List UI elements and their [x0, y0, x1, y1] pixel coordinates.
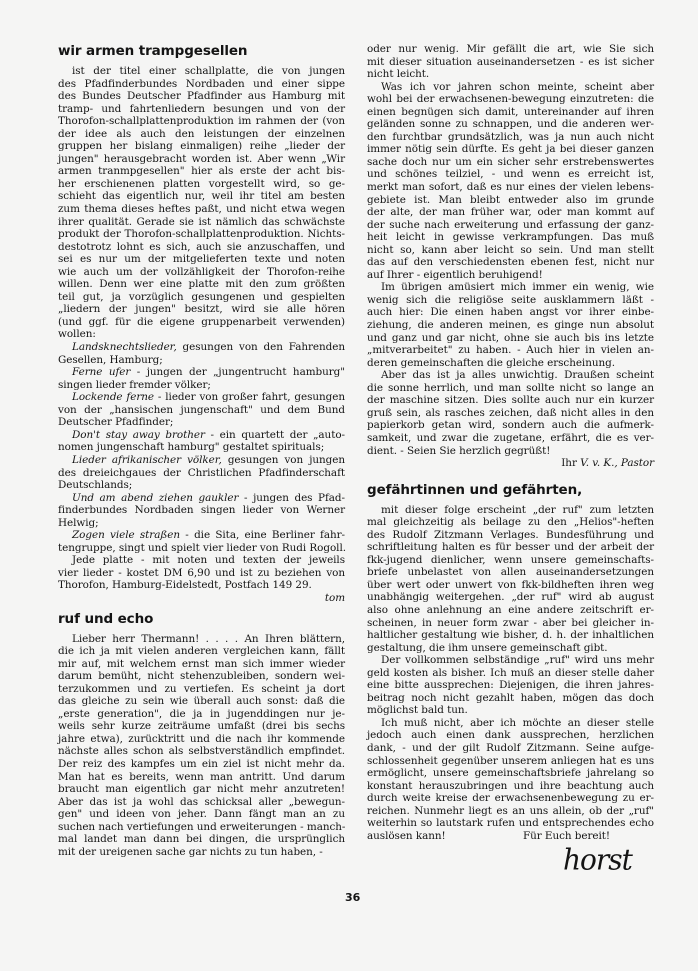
text-line: der idee als auch den leistungen der ein… [58, 128, 345, 141]
text-line: her erschienenen platten vorgestellt wir… [58, 178, 345, 191]
text-line: samkeit, und zwar die zugetane, erfährt,… [367, 432, 654, 445]
text-line: des Pfadfinderbundes Nordbaden und einer… [58, 78, 345, 91]
text-line: Der reiz des kampfes um ein ziel ist nic… [58, 758, 345, 771]
text-line: mit der ureigenen sache gar nichts zu tu… [58, 846, 345, 859]
text-line: dient. - Seien Sie herzlich gegrüßt! [367, 445, 654, 458]
text-line: unabhängig weitergehen. „der ruf" wird a… [367, 591, 654, 604]
text-line: sache doch nur um ein sicher sehr erstre… [367, 156, 654, 169]
text-line: Thorofon, Hamburg-Eidelstedt, Postfach 1… [58, 579, 345, 592]
text-line: nicht so, kann aber leicht so sein. Und … [367, 244, 654, 257]
text-line: über wert oder unwert von fkk-bildheften… [367, 579, 654, 592]
text-line: ihrer qualität. Gerade sie ist nämlich d… [58, 216, 345, 229]
text-line: beitrag noch nicht gezahlt haben, mögen … [367, 692, 654, 705]
text-line: mal gleichzeitig als beilage zu den „Hel… [367, 516, 654, 529]
text-line: Thorofon-schallplattenproduktion im rahm… [58, 115, 345, 128]
text-line: suchen nach vertiefungen und erweiterung… [58, 821, 345, 834]
text-line: vier lieder - kostet DM 6,90 und ist zu … [58, 567, 345, 580]
text-line: Ferne ufer - jungen der „jungentrucht ha… [58, 366, 345, 379]
text-line: Gesellen, Hamburg; [58, 354, 345, 367]
heading-gefaehrtinnen-und-gefaehrten: gefährtinnen und gefährten, [367, 482, 654, 499]
text-line: „liedern der jungen" besitzt, wird sie a… [58, 303, 345, 316]
text-line: reichen. Nunmehr liegt es an uns allein,… [367, 805, 654, 818]
text-line: produkt der Thorofon-schallplattenproduk… [58, 228, 345, 241]
text-line: fkk-jugend dienlicher, wenn unsere gemei… [367, 554, 654, 567]
text-line: Im übrigen amüsiert mich immer ein wenig… [367, 281, 654, 294]
text-line: jungen" herausgebracht worden ist. Aber … [58, 153, 345, 166]
text-line: das gleiche zu sein wie überall auch son… [58, 695, 345, 708]
price-info: Jede platte - mit noten und texten der j… [58, 554, 345, 592]
text-line: nicht leicht. [367, 68, 654, 81]
text-line: wohl bei der erwachsenen-bewegung einzut… [367, 93, 654, 106]
text-line: gruß sein, als rasches zeichen, daß nich… [367, 407, 654, 420]
text-line: des Bundes Deutscher Pfadfinder aus Hamb… [58, 90, 345, 103]
text-line: jedoch auch einen dank aussprechen, herz… [367, 729, 654, 742]
letter-signoff: Ihr V. v. K., Pastor [367, 457, 654, 470]
article-gefaehrten: mit dieser folge erscheint „der ruf" zum… [367, 504, 654, 830]
text-line: dank, - und der gilt Rudolf Zitzmann. Se… [367, 742, 654, 755]
text-line: Lockende ferne - lieder von großer fahrt… [58, 391, 345, 404]
text-line: jahre etwa), zurücktritt und die nach ih… [58, 733, 345, 746]
closing-line: auslösen kann! Für Euch bereit! [367, 830, 654, 843]
text-line: tengruppe, singt und spielt vier lieder … [58, 542, 345, 555]
text-line: gruppen her bislang einmaligen) reihe „l… [58, 140, 345, 153]
closing-right: Für Euch bereit! [523, 830, 654, 843]
text-line: armen tranmpgesellen" hier als erste der… [58, 165, 345, 178]
text-line: die sonne herrlich, und man sollte nicht… [367, 382, 654, 395]
author-tom: tom [58, 592, 345, 605]
text-line: Deutschlands; [58, 479, 345, 492]
text-line: ziehung, die anderen meinen, es ginge nu… [367, 319, 654, 332]
text-line: wenig sich die religiöse seite ausklamme… [367, 294, 654, 307]
text-line: der suche nach erweiterung und erfassung… [367, 219, 654, 232]
text-line: finderbundes Nordbaden singen lieder von… [58, 504, 345, 517]
text-line: merkt man sofort, daß es nur eines der v… [367, 181, 654, 194]
text-line: immer nötig sein dürfte. Es geht ja bei … [367, 143, 654, 156]
heading-wir-armen-trampgesellen: wir armen trampgesellen [58, 43, 345, 60]
text-line: und ganz und gar nicht, ohne sie auch bi… [367, 332, 654, 345]
text-line: (und ggf. für die eigene gruppenarbeit v… [58, 316, 345, 329]
text-line: Aber das ist ja alles unwichtig. Draußen… [367, 369, 654, 382]
right-column: oder nur wenig. Mir gefällt die art, wie… [367, 43, 654, 842]
text-line: mit dieser folge erscheint „der ruf" zum… [367, 504, 654, 517]
text-line: auf Ihrer - eigentlich beruhigend! [367, 269, 654, 282]
text-line: schlossenheit gegenüber unserem anliegen… [367, 755, 654, 768]
text-line: wollen: [58, 328, 345, 341]
handwritten-signature: horst [563, 842, 632, 877]
text-line: konstant herauszubringen und ihre beacht… [367, 780, 654, 793]
text-line: tramp- und fahrtenliedern besungen und v… [58, 103, 345, 116]
text-line: darum bemüht, nicht stehenzubleiben, son… [58, 670, 345, 683]
text-line: braucht man eigentlich gar nicht mehr an… [58, 783, 345, 796]
text-line: der alte, der man früher war, oder man k… [367, 206, 654, 219]
article-trampgesellen-intro: ist der titel einer schallplatte, die vo… [58, 65, 345, 341]
text-line: eine bitte aussprechen: Diejenigen, die … [367, 679, 654, 692]
text-line: ermöglicht, unsere gemeinschaftsbriefe j… [367, 767, 654, 780]
text-line: die ich ja mit vielen anderen vergleiche… [58, 645, 345, 658]
text-line: singen lieder fremder völker; [58, 379, 345, 392]
text-line: Helwig; [58, 517, 345, 530]
text-line: des Rudolf Zitzmann Verlages. Bundesführ… [367, 529, 654, 542]
text-line: Lieber herr Thermann! . . . . An Ihren b… [58, 633, 345, 646]
text-line: Aber das ist ja wohl das schicksal aller… [58, 796, 345, 809]
text-line: geländen sonne zu schnappen, und die and… [367, 118, 654, 131]
text-line: „erste generation", die ja in jugendding… [58, 708, 345, 721]
text-line: terzukommen und zu vertiefen. Es scheint… [58, 683, 345, 696]
text-line: auch hier: Die einen haben angst vor ihr… [367, 306, 654, 319]
text-line: sei es nur um der mitgelieferten texte u… [58, 253, 345, 266]
text-line: papierkorb getan wird, sondern auch die … [367, 419, 654, 432]
text-line: also ohne anlehnung an eine andere zeits… [367, 604, 654, 617]
text-line: gestaltung, die ihm unsere gemeinschaft … [367, 642, 654, 655]
record-list: Landsknechtslieder, gesungen von den Fah… [58, 341, 345, 554]
text-line: mal landet man dann bei dingen, die ursp… [58, 833, 345, 846]
text-line: teil gut, ja vorzüglich gesungenen und g… [58, 291, 345, 304]
text-line: „mitverarbeitet" zu haben. - Auch hier i… [367, 344, 654, 357]
heading-ruf-und-echo: ruf und echo [58, 611, 345, 628]
left-column: wir armen trampgesellen ist der titel ei… [58, 43, 345, 858]
text-line: Der vollkommen selbständige „ruf" wird u… [367, 654, 654, 667]
text-line: weiterhin so lautstark rufen und entspre… [367, 817, 654, 830]
letter-continued: oder nur wenig. Mir gefällt die art, wie… [367, 43, 654, 457]
page-number: 36 [345, 891, 360, 904]
text-line: Don't stay away brother - ein quartett d… [58, 429, 345, 442]
text-line: möglichst bald tun. [367, 704, 654, 717]
text-line: durch weite kreise der erwachsenenbewegu… [367, 792, 654, 805]
text-line: gen" und ideen von jeher. Dann fängt man… [58, 808, 345, 821]
text-line: mir auf, mit welchem ernst man sich imme… [58, 658, 345, 671]
text-line: schriftleitung halten es für besser und … [367, 541, 654, 554]
text-line: Landsknechtslieder, gesungen von den Fah… [58, 341, 345, 354]
text-line: gebiete ist. Man bleibt entweder also im… [367, 194, 654, 207]
text-line: Man hat es bereits, wenn man antritt. Un… [58, 771, 345, 784]
text-line: das auf den verschiedensten ebenen fest,… [367, 256, 654, 269]
text-line: heit leicht in gewisse verkrampfungen. D… [367, 231, 654, 244]
text-line: destotrotz lohnt es sich, auch sie anzus… [58, 241, 345, 254]
text-line: Was ich vor jahren schon meinte, scheint… [367, 81, 654, 94]
text-line: Ich muß nicht, aber ich möchte an dieser… [367, 717, 654, 730]
text-line: zum thema dieses heftes paßt, und nicht … [58, 203, 345, 216]
text-line: Jede platte - mit noten und texten der j… [58, 554, 345, 567]
text-line: nächste alles schon als selbstverständli… [58, 745, 345, 758]
text-line: nomen jungenschaft hamburg" gestaltet sp… [58, 441, 345, 454]
text-line: wie auch um der vollzähligkeit der Thoro… [58, 266, 345, 279]
text-line: geld kosten als bisher. Ich muß an diese… [367, 667, 654, 680]
text-line: briefe unbelastet von allen auseinanders… [367, 566, 654, 579]
text-line: Deutscher Pfadfinder; [58, 416, 345, 429]
closing-left: auslösen kann! [367, 830, 446, 843]
text-line: Lieder afrikanischer völker, gesungen vo… [58, 454, 345, 467]
text-line: den furchtbar grundsätzlich, was ja nun … [367, 131, 654, 144]
text-line: Und am abend ziehen gaukler - jungen des… [58, 492, 345, 505]
text-line: des dreieichgaues der Christlichen Pfadf… [58, 467, 345, 480]
text-line: ist der titel einer schallplatte, die vo… [58, 65, 345, 78]
text-line: scheinen, in neuer form zwar - aber bei … [367, 617, 654, 630]
text-line: einen begnügen sich damit, untereinander… [367, 106, 654, 119]
text-line: und schönes teilziel, - und wenn es erre… [367, 168, 654, 181]
text-line: der maschine sitzen. Dies sollte auch nu… [367, 394, 654, 407]
text-line: weils sehr kurze zeiträume umfaßt (drei … [58, 720, 345, 733]
text-line: Zogen viele straßen - die Sita, eine Ber… [58, 529, 345, 542]
text-line: oder nur wenig. Mir gefällt die art, wie… [367, 43, 654, 56]
text-line: haltlicher gestaltung wie bisher, d. h. … [367, 629, 654, 642]
text-line: mit dieser situation auseinandersetzen -… [367, 56, 654, 69]
text-line: willen. Denn wer eine platte mit den zum… [58, 278, 345, 291]
text-line: deren gemeinschaften die gleiche erschei… [367, 357, 654, 370]
text-line: schieht das eigentlich nur, weil ihr tit… [58, 190, 345, 203]
letter-ruf-und-echo: Lieber herr Thermann! . . . . An Ihren b… [58, 633, 345, 859]
text-line: von der „hansischen jungenschaft" und de… [58, 404, 345, 417]
